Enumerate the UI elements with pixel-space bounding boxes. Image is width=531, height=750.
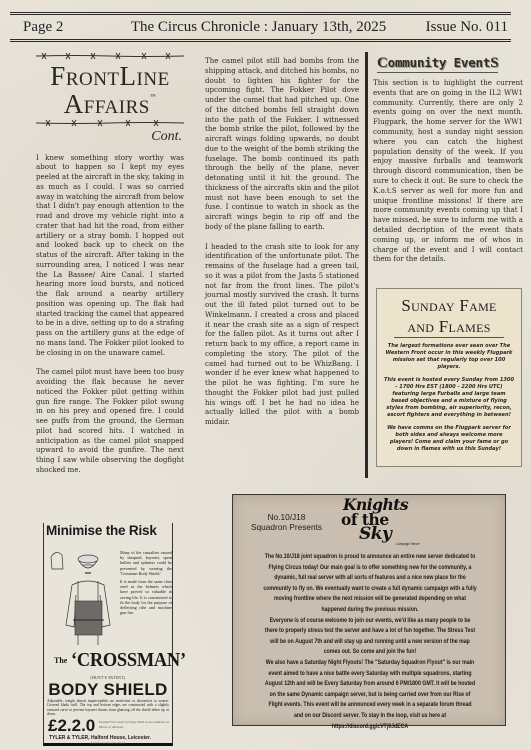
article-paragraph: The camel pilot still had bombs from the… — [205, 56, 359, 232]
heading-initial: C — [377, 55, 388, 71]
ad-agents-note: Agents can be appointed. — [44, 741, 172, 745]
article-paragraph: I knew something story worthy was about … — [36, 153, 184, 358]
sunday-fame-and-flames-box: Sunday Fame and Flames The largest forma… — [376, 288, 522, 467]
community-events-text: This section is to highlight the current… — [373, 78, 523, 264]
ad-brand-name: ‘CROSSMAN’ — [71, 649, 186, 672]
page-number: Page 2 — [23, 19, 63, 36]
ad-description: Adjustable, weight almost imperceptible,… — [47, 699, 169, 717]
heading-final: S — [490, 55, 498, 71]
sunday-title-line-2: and Flames — [383, 316, 515, 337]
knights-paragraph: Everyone is of course welcome to join ou… — [263, 616, 476, 658]
campaign-server-label: Campaign Server — [396, 542, 420, 546]
sunday-title-line-1: Sunday Fame — [383, 295, 515, 316]
divider — [394, 337, 504, 338]
squadron-presents: No.10/J18 Squadron Presents — [251, 512, 322, 532]
squadron-name: No.10/J18 — [251, 512, 322, 522]
knights-paragraph: We also have a Saturday Night Flyouts! T… — [263, 658, 476, 732]
ad-headline: Minimise the Risk — [46, 523, 157, 538]
issue-number: Issue No. 011 — [426, 19, 508, 36]
article-paragraph: The camel pilot must have been too busy … — [36, 367, 184, 474]
ad-shipping-note: Packed Free and Carriage Paid to any add… — [99, 720, 169, 729]
knights-of-the-sky-box: No.10/J18 Squadron Presents Knights of t… — [232, 494, 506, 726]
barbed-wire-divider-icon — [36, 119, 184, 127]
knights-title-line-3: Sky — [359, 527, 408, 542]
title-line-2: Affairs™ — [36, 90, 184, 118]
article-paragraph: I headed to the crash site to look for a… — [205, 242, 359, 427]
continued-label: Cont. — [36, 129, 182, 145]
ad-copy: Many of the casualties caused by shrapne… — [120, 550, 172, 618]
community-events-heading: Community EventS — [377, 55, 498, 73]
frontline-affairs-column-2: The camel pilot still had bombs from the… — [205, 56, 359, 437]
ad-copy-paragraph: It is made from the same class steel as … — [120, 579, 172, 615]
ad-price: £2.2.0 — [48, 716, 95, 736]
sunday-paragraph: We have comms on the Flugpark server for… — [383, 425, 515, 453]
trademark-symbol: ™ — [150, 94, 156, 100]
knights-body: The No.10/J18 joint squadron is proud to… — [263, 552, 476, 732]
newspaper-title: The Circus Chronicle : January 13th, 202… — [131, 19, 386, 36]
heading-middle: ommunity Event — [388, 55, 491, 70]
sunday-title: Sunday Fame and Flames — [383, 295, 515, 337]
ad-product-name: BODY SHIELD — [44, 680, 172, 700]
knights-paragraph: The No.10/J18 joint squadron is proud to… — [263, 552, 476, 616]
masthead: Page 2 The Circus Chronicle : January 13… — [10, 12, 511, 42]
barbed-wire-divider-icon — [36, 52, 184, 60]
title-line-2-text: Affairs — [64, 89, 150, 119]
frontline-affairs-title: FrontLine Affairs™ — [36, 62, 184, 119]
column-divider — [365, 52, 368, 478]
squadron-presents-label: Squadron Presents — [251, 522, 322, 532]
crossman-body-shield-ad: Minimise the Risk Many of the casualties… — [43, 523, 173, 746]
sunday-paragraph: The largest formations ever seen over Th… — [383, 343, 515, 371]
ad-copy-paragraph: Many of the casualties caused by shrapne… — [120, 550, 172, 576]
title-line-1: FrontLine — [36, 62, 184, 90]
ad-the-label: The — [54, 656, 67, 665]
soldier-illustration-icon — [48, 545, 118, 650]
knights-title: Knights of the Sky — [341, 498, 408, 542]
sunday-paragraph: This event is hosted every Sunday from 1… — [383, 377, 515, 419]
frontline-affairs-column: FrontLine Affairs™ Cont. I knew somethin… — [36, 52, 184, 485]
community-events-column: Community EventS This section is to high… — [373, 52, 523, 264]
